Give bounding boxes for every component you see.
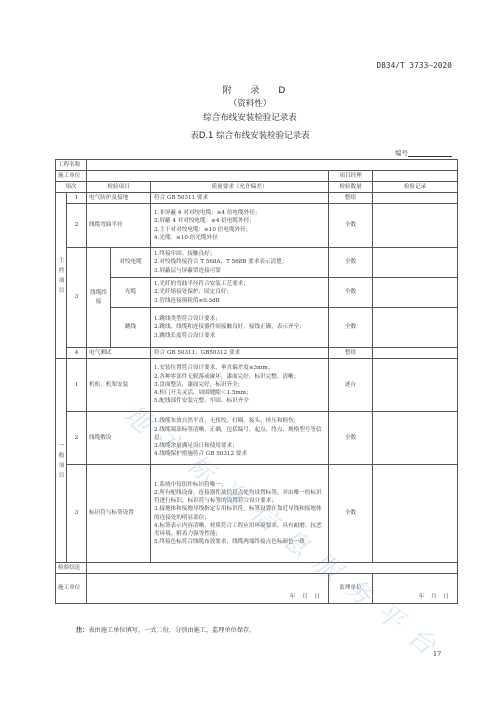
table-row: 2 线缆弯曲半径 1.非屏蔽 4 对对绞电缆：≥4 倍电缆外径； 2.屏蔽 4 … (56, 204, 458, 248)
sub-item: 对绞电缆 (111, 248, 151, 278)
item-no: 1 (67, 193, 87, 204)
quantity: 整组 (329, 193, 373, 204)
appendix-nature: （资料性） (0, 97, 500, 109)
item-no: 3 (67, 248, 87, 348)
inspection-item: 机柜、机架安装 (87, 359, 151, 412)
serial-label: 编号 (395, 149, 408, 157)
table-caption: 表D.1 综合布线安装检验记录表 (0, 129, 500, 141)
row-project-name: 工程名称 (56, 160, 458, 171)
table-row: 一般项目 1 机柜、机架安装 1.安装位置符合设计要求，垂直偏差度≤3mm； 2… (56, 359, 458, 412)
project-name-label: 工程名称 (56, 160, 87, 171)
project-manager-value[interactable] (373, 171, 458, 182)
serial-number-field: 编号 (395, 148, 452, 157)
item-no: 4 (67, 348, 87, 359)
inspection-item: 电气防护及接地 (87, 193, 151, 204)
construction-unit-value[interactable] (87, 171, 329, 182)
item-no: 2 (67, 412, 87, 465)
supervision-sign-label: 监理单位 (329, 574, 373, 604)
quantity: 全数 (329, 308, 373, 348)
quality-req: 1.跳线类型符合设计要求； 2.跳线、线缆和连接器件间接触良好，接线正确，表示齐… (151, 308, 329, 348)
quantity: 全数 (329, 465, 373, 563)
quantity: 全数 (329, 278, 373, 308)
col-quantity: 检验数量 (329, 182, 373, 193)
main-group-label: 主控项目 (56, 193, 67, 359)
record-cell[interactable] (373, 348, 458, 359)
quality-req: 1.非屏蔽 4 对对绞电缆：≥4 倍电缆外径； 2.屏蔽 4 对对绞电缆：≥4 … (151, 204, 329, 248)
signature-row: 施工单位 年 月 日 监理单位 年 月 日 (56, 574, 458, 604)
record-cell[interactable] (373, 308, 458, 348)
record-cell[interactable] (373, 465, 458, 563)
project-name-value[interactable] (87, 160, 458, 171)
row-construction-unit: 施工单位 项目经理 (56, 171, 458, 182)
inspection-item: 线缆终接 (87, 248, 111, 348)
conclusion-label: 检验结论 (56, 563, 87, 574)
record-cell[interactable] (373, 248, 458, 278)
appendix-heading: 附 录 D (0, 83, 500, 96)
serial-blank[interactable] (408, 149, 452, 157)
project-manager-label: 项目经理 (329, 171, 373, 182)
appendix-title: 综合布线安装检验记录表 (0, 111, 500, 123)
inspection-item: 电气测试 (87, 348, 151, 359)
col-quality-req: 质量要求（允许偏差） (151, 182, 329, 193)
standard-code: DB34/T 3733—2020 (377, 61, 452, 70)
item-no: 3 (67, 465, 87, 563)
table-row: 主控项目 1 电气防护及接地 符合 GB 50311 要求 整组 (56, 193, 458, 204)
supervision-sign-date[interactable]: 年 月 日 (373, 574, 458, 604)
construction-sign-label: 施工单位 (56, 574, 87, 604)
item-no: 2 (67, 204, 87, 248)
quality-req: 1.光纤的弯曲半径符合安装工艺要求； 2.光纤熔接处保护、固定良好； 3.管线连… (151, 278, 329, 308)
quantity: 全数 (329, 204, 373, 248)
table-row: 2 线缆敷设 1.线缆布放自然平直，无扭绞、打圈、接头、挤压和损伤； 2.线缆端… (56, 412, 458, 465)
quantity: 逐台 (329, 359, 373, 412)
table-row: 4 电气测试 符合 GB 50311、GB50312 要求 整组 (56, 348, 458, 359)
note-text: 表由施工单位填写，一式二份，分别由施工、监理单位保存。 (88, 627, 255, 634)
quality-req: 1.终接牢固、接触良好； 2.对绞线终接符合 T 568A、T 568B 要求表… (151, 248, 329, 278)
col-item-no: 项次 (56, 182, 87, 193)
page-number: 17 (433, 650, 441, 658)
col-record: 检验记录 (373, 182, 458, 193)
construction-sign-date[interactable]: 年 月 日 (87, 574, 329, 604)
record-cell[interactable] (373, 359, 458, 412)
column-header-row: 项次 检验项目 质量要求（允许偏差） 检验数量 检验记录 (56, 182, 458, 193)
quality-req: 1.安装位置符合设计要求，垂直偏差度≤3mm； 2.各种零部件无脱落或碰坏，漆面… (151, 359, 329, 412)
table-row: 3 线缆终接 对绞电缆 1.终接牢固、接触良好； 2.对绞线终接符合 T 568… (56, 248, 458, 278)
sub-item: 跳线 (111, 308, 151, 348)
record-cell[interactable] (373, 278, 458, 308)
record-cell[interactable] (373, 412, 458, 465)
general-group-label: 一般项目 (56, 359, 67, 563)
table-row: 跳线 1.跳线类型符合设计要求； 2.跳线、线缆和连接器件间接触良好，接线正确，… (56, 308, 458, 348)
record-cell[interactable] (373, 193, 458, 204)
table-note: 注：表由施工单位填写，一式二份，分别由施工、监理单位保存。 (76, 625, 255, 634)
conclusion-value[interactable] (87, 563, 458, 574)
item-no: 1 (67, 359, 87, 412)
col-inspection-item: 检验项目 (87, 182, 151, 193)
quantity: 全数 (329, 248, 373, 278)
inspection-item: 标识符与标签设置 (87, 465, 151, 563)
construction-unit-label: 施工单位 (56, 171, 87, 182)
table-row: 3 标识符与标签设置 1.系统中每组件标识符唯一； 2.所有配线设备、连接器件及… (56, 465, 458, 563)
inspection-item: 线缆弯曲半径 (87, 204, 151, 248)
record-cell[interactable] (373, 204, 458, 248)
quality-req: 符合 GB 50311 要求 (151, 193, 329, 204)
table-row: 光缆 1.光纤的弯曲半径符合安装工艺要求； 2.光纤熔接处保护、固定良好； 3.… (56, 278, 458, 308)
quantity: 全数 (329, 412, 373, 465)
inspection-item: 线缆敷设 (87, 412, 151, 465)
inspection-record-table: 工程名称 施工单位 项目经理 项次 检验项目 质量要求（允许偏差） 检验数量 检… (55, 159, 458, 604)
conclusion-row: 检验结论 (56, 563, 458, 574)
sub-item: 光缆 (111, 278, 151, 308)
quality-req: 符合 GB 50311、GB50312 要求 (151, 348, 329, 359)
note-prefix: 注： (76, 627, 88, 634)
quantity: 整组 (329, 348, 373, 359)
quality-req: 1.系统中每组件标识符唯一； 2.所有配线设备、连接器件及信息点处均设置标签，并… (151, 465, 329, 563)
quality-req: 1.线缆布放自然平直，无扭绞、打圈、接头、挤压和损伤； 2.线缆端部标签清晰、正… (151, 412, 329, 465)
